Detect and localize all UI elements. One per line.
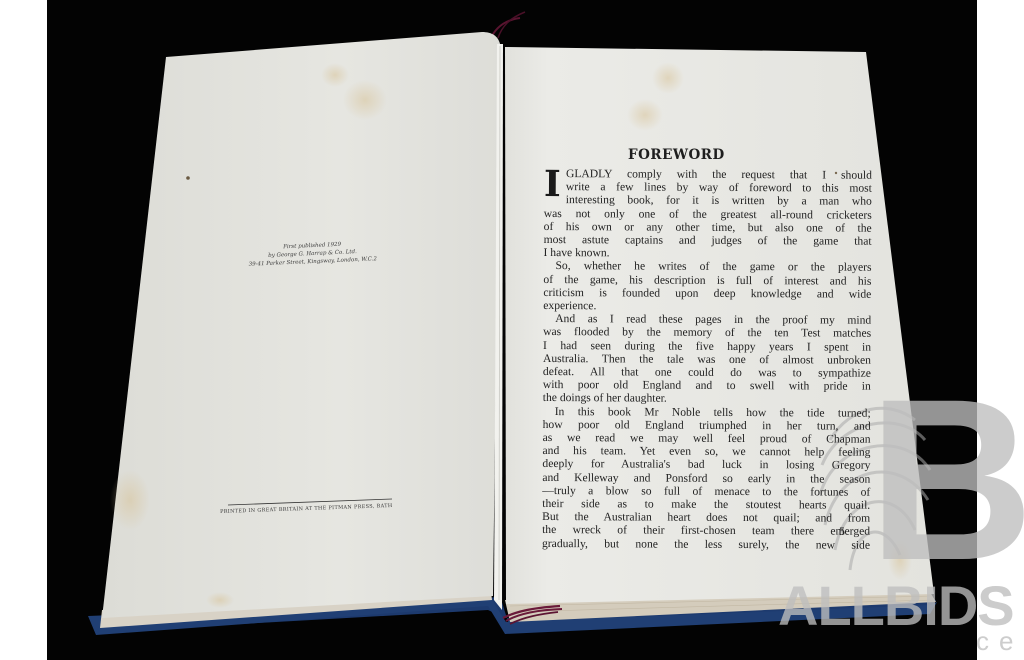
foreword-title: FOREWORD: [628, 147, 725, 163]
page-number: 5: [839, 524, 845, 539]
paragraph-2: So, whether he writes of the game or the…: [543, 259, 873, 314]
drop-cap: I: [544, 168, 561, 200]
text-line: interesting book, for it is written by a…: [544, 193, 872, 208]
text-line: deeply for Australia's bad luck in losin…: [542, 457, 870, 472]
text-line: the doings of her daughter.: [543, 391, 871, 406]
text-line: the wreck of their first-chosen team the…: [542, 523, 870, 538]
paragraph-1: I GLADLY comply with the request that I …: [544, 167, 874, 261]
left-page: [102, 32, 500, 618]
text-line: gradually, but none the less surely, the…: [542, 537, 870, 552]
text-line: I have known.: [544, 246, 872, 261]
paragraph-3: And as I read these pages in the proof m…: [543, 312, 873, 406]
watermark-tagline: ce: [976, 628, 1023, 654]
text-line: was flooded by the memory of the ten Tes…: [543, 325, 871, 340]
book-scene: First published 1929 by George G. Harrap…: [47, 0, 977, 660]
text-line: So, whether he writes of the game or the…: [543, 259, 871, 274]
foreword-body: I GLADLY comply with the request that I …: [542, 167, 874, 552]
paragraph-4: In this book Mr Noble tells how the tide…: [542, 405, 873, 552]
photo-background: First published 1929 by George G. Harrap…: [47, 0, 977, 660]
watermark-logo-letter: B: [868, 380, 1024, 580]
